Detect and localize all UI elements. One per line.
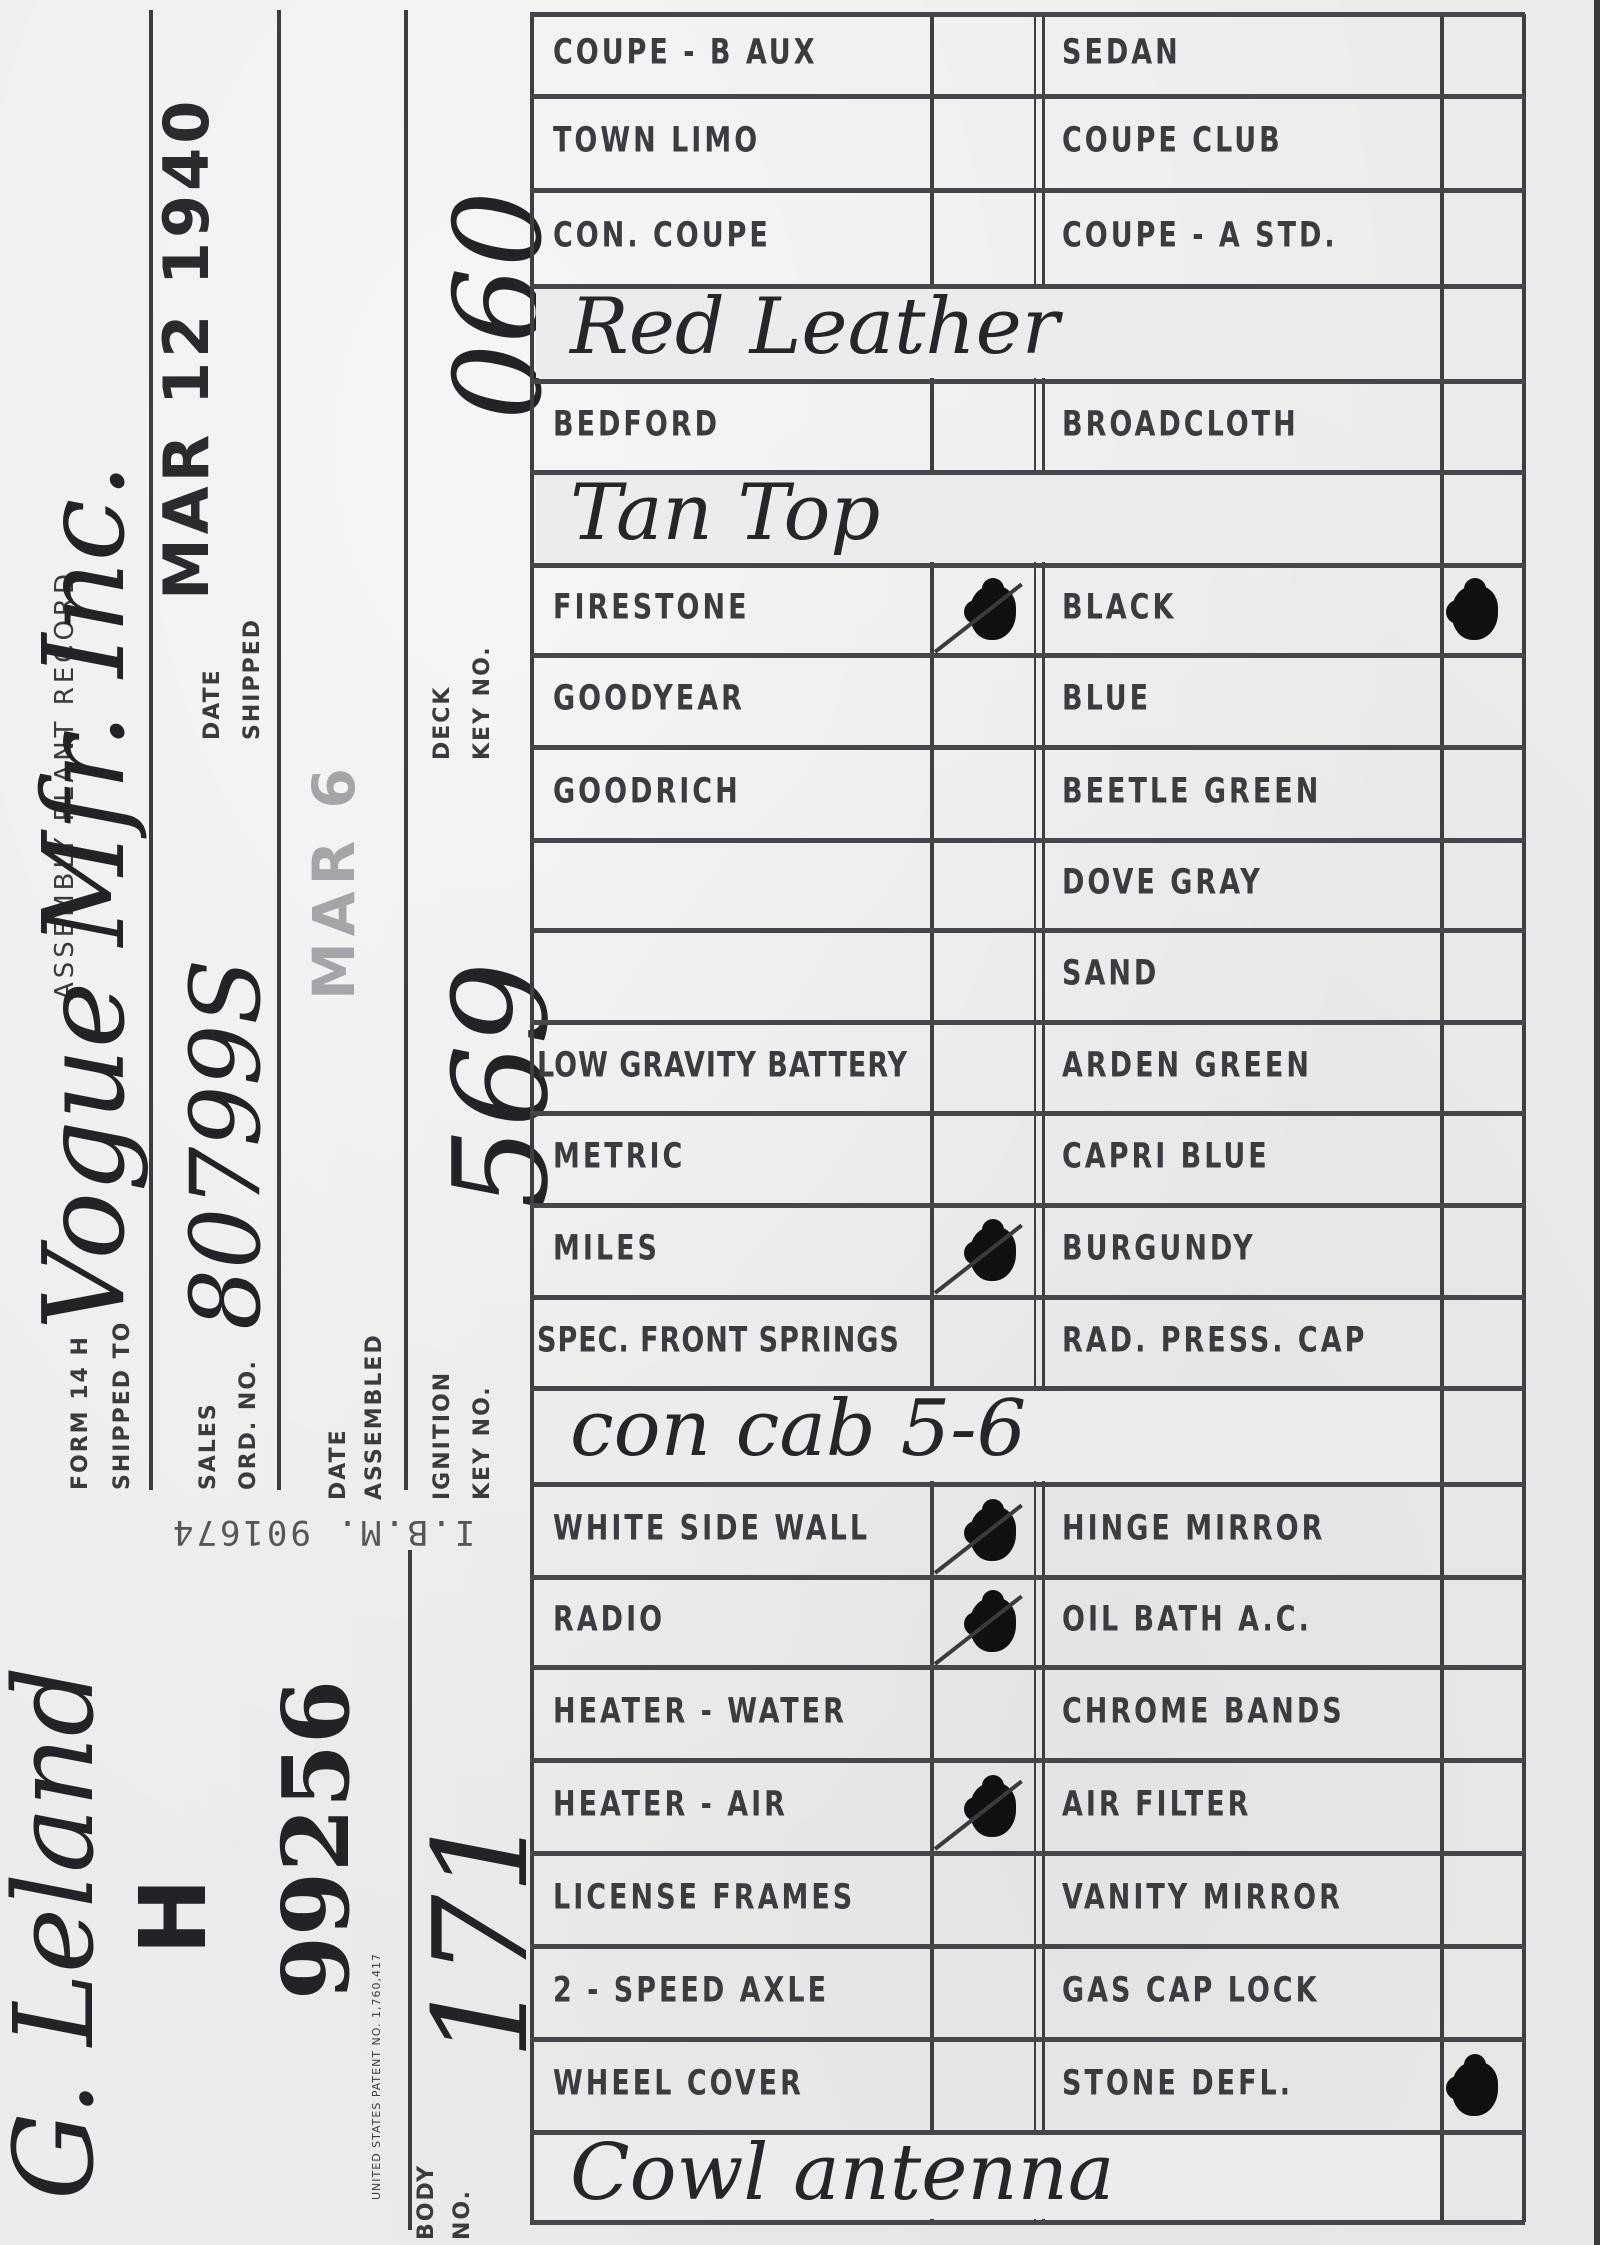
date-shipped-label-2: SHIPPED bbox=[240, 618, 265, 740]
row-rule bbox=[530, 94, 1525, 99]
row-rule bbox=[530, 379, 1525, 384]
serial-number: 99256 bbox=[262, 1680, 370, 2000]
option-left-label: METRIC bbox=[553, 1136, 685, 1176]
option-left-label: SPEC. FRONT SPRINGS bbox=[537, 1320, 900, 1360]
shipped-to-value: Vogue Mfr. Inc. bbox=[20, 463, 150, 1330]
option-right-label: BLACK bbox=[1062, 587, 1176, 627]
option-right-label: SEDAN bbox=[1062, 32, 1181, 72]
option-left-label: GOODRICH bbox=[553, 771, 741, 811]
row-rule bbox=[530, 2220, 1525, 2225]
option-left-label: RADIO bbox=[553, 1599, 665, 1639]
sales-ord-label-1: SALES bbox=[196, 1402, 221, 1490]
signature: G. Leland bbox=[0, 1666, 118, 2200]
option-left-label: LOW GRAVITY BATTERY bbox=[537, 1045, 908, 1085]
option-right-label: BLUE bbox=[1062, 678, 1151, 718]
sales-ord-label-2: ORD. NO. bbox=[236, 1359, 261, 1490]
table-right-col-divider bbox=[1440, 14, 1444, 2222]
date-assembled-label-1: DATE bbox=[326, 1428, 351, 1500]
option-left-label: MILES bbox=[553, 1228, 660, 1268]
ignition-key-label-1: IGNITION bbox=[430, 1371, 455, 1500]
handwritten-note: Red Leather bbox=[570, 282, 1059, 372]
option-right-label: STONE DEFL. bbox=[1062, 2063, 1293, 2103]
option-right-label: SAND bbox=[1062, 953, 1159, 993]
option-right-label: AIR FILTER bbox=[1062, 1784, 1251, 1824]
date-assembled-label-2: ASSEMBLED bbox=[362, 1333, 387, 1500]
row-rule bbox=[530, 1944, 1525, 1949]
row-rule bbox=[530, 1851, 1525, 1856]
row-rule bbox=[530, 2037, 1525, 2042]
body-no-label-1: BODY bbox=[414, 2164, 439, 2240]
row-rule bbox=[530, 1575, 1525, 1580]
option-right-label: ARDEN GREEN bbox=[1062, 1045, 1312, 1085]
table-left-border bbox=[530, 14, 534, 2222]
deck-key-label-2: KEY NO. bbox=[470, 645, 495, 760]
model-letter: H bbox=[120, 1878, 227, 1955]
date-shipped-value: MAR 12 1940 bbox=[150, 97, 223, 600]
row-rule bbox=[530, 12, 1525, 17]
stub-rule-3 bbox=[404, 10, 408, 1490]
option-right-label: COUPE CLUB bbox=[1062, 120, 1283, 160]
ibm-number: I.B.M. 901674 bbox=[170, 1512, 475, 1552]
option-left-label: FIRESTONE bbox=[553, 587, 750, 627]
option-left-label: CON. COUPE bbox=[553, 215, 771, 255]
row-rule bbox=[530, 1482, 1525, 1487]
ignition-key-label-2: KEY NO. bbox=[470, 1385, 495, 1500]
row-rule bbox=[530, 1665, 1525, 1670]
option-right-label: BURGUNDY bbox=[1062, 1228, 1256, 1268]
card-edge bbox=[1594, 0, 1600, 2245]
option-left-label: WHEEL COVER bbox=[553, 2063, 804, 2103]
option-left-label: LICENSE FRAMES bbox=[553, 1877, 855, 1917]
handwritten-note: Cowl antenna bbox=[570, 2128, 1114, 2218]
option-right-label: GAS CAP LOCK bbox=[1062, 1970, 1320, 2010]
option-left-label: HEATER - WATER bbox=[553, 1691, 847, 1731]
patent-text: UNITED STATES PATENT NO. 1,760,417 bbox=[370, 1953, 383, 2200]
punch-hole-right bbox=[1452, 586, 1498, 640]
body-no-label-2: NO. bbox=[450, 2189, 475, 2240]
row-rule bbox=[530, 1758, 1525, 1763]
row-rule bbox=[530, 563, 1525, 568]
option-right-label: CHROME BANDS bbox=[1062, 1691, 1345, 1731]
row-rule bbox=[530, 188, 1525, 193]
date-assembled-stamp: MAR 6 bbox=[300, 762, 368, 1000]
row-rule bbox=[530, 928, 1525, 933]
option-right-label: BROADCLOTH bbox=[1062, 404, 1299, 444]
date-shipped-label-1: DATE bbox=[200, 668, 225, 740]
row-rule bbox=[530, 1020, 1525, 1025]
option-right-label: VANITY MIRROR bbox=[1062, 1877, 1343, 1917]
option-right-label: COUPE - A STD. bbox=[1062, 215, 1338, 255]
table-right-border bbox=[1522, 14, 1526, 2222]
option-right-label: DOVE GRAY bbox=[1062, 862, 1263, 902]
punch-hole-right bbox=[1452, 2062, 1498, 2116]
option-left-label: HEATER - AIR bbox=[553, 1784, 788, 1824]
option-right-label: OIL BATH A.C. bbox=[1062, 1599, 1312, 1639]
sales-ord-value: 80799S bbox=[170, 959, 282, 1330]
row-rule bbox=[530, 1295, 1525, 1300]
handwritten-note: Tan Top bbox=[570, 468, 880, 558]
row-rule bbox=[530, 745, 1525, 750]
deck-key-label-1: DECK bbox=[430, 686, 455, 760]
shipped-to-label: SHIPPED TO bbox=[110, 1321, 135, 1490]
option-right-label: RAD. PRESS. CAP bbox=[1062, 1320, 1367, 1360]
option-left-label: BEDFORD bbox=[553, 404, 720, 444]
row-rule bbox=[530, 653, 1525, 658]
option-left-label: TOWN LIMO bbox=[553, 120, 760, 160]
option-right-label: BEETLE GREEN bbox=[1062, 771, 1321, 811]
form-number: FORM 14 H bbox=[68, 1335, 93, 1490]
row-rule bbox=[530, 1203, 1525, 1208]
option-right-label: HINGE MIRROR bbox=[1062, 1508, 1325, 1548]
handwritten-note: con cab 5-6 bbox=[570, 1384, 1026, 1474]
row-rule bbox=[530, 1111, 1525, 1116]
option-left-label: GOODYEAR bbox=[553, 678, 745, 718]
option-left-label: COUPE - B AUX bbox=[553, 32, 818, 72]
row-rule bbox=[530, 838, 1525, 843]
option-right-label: CAPRI BLUE bbox=[1062, 1136, 1270, 1176]
option-left-label: 2 - SPEED AXLE bbox=[553, 1970, 829, 2010]
option-left-label: WHITE SIDE WALL bbox=[553, 1508, 870, 1548]
